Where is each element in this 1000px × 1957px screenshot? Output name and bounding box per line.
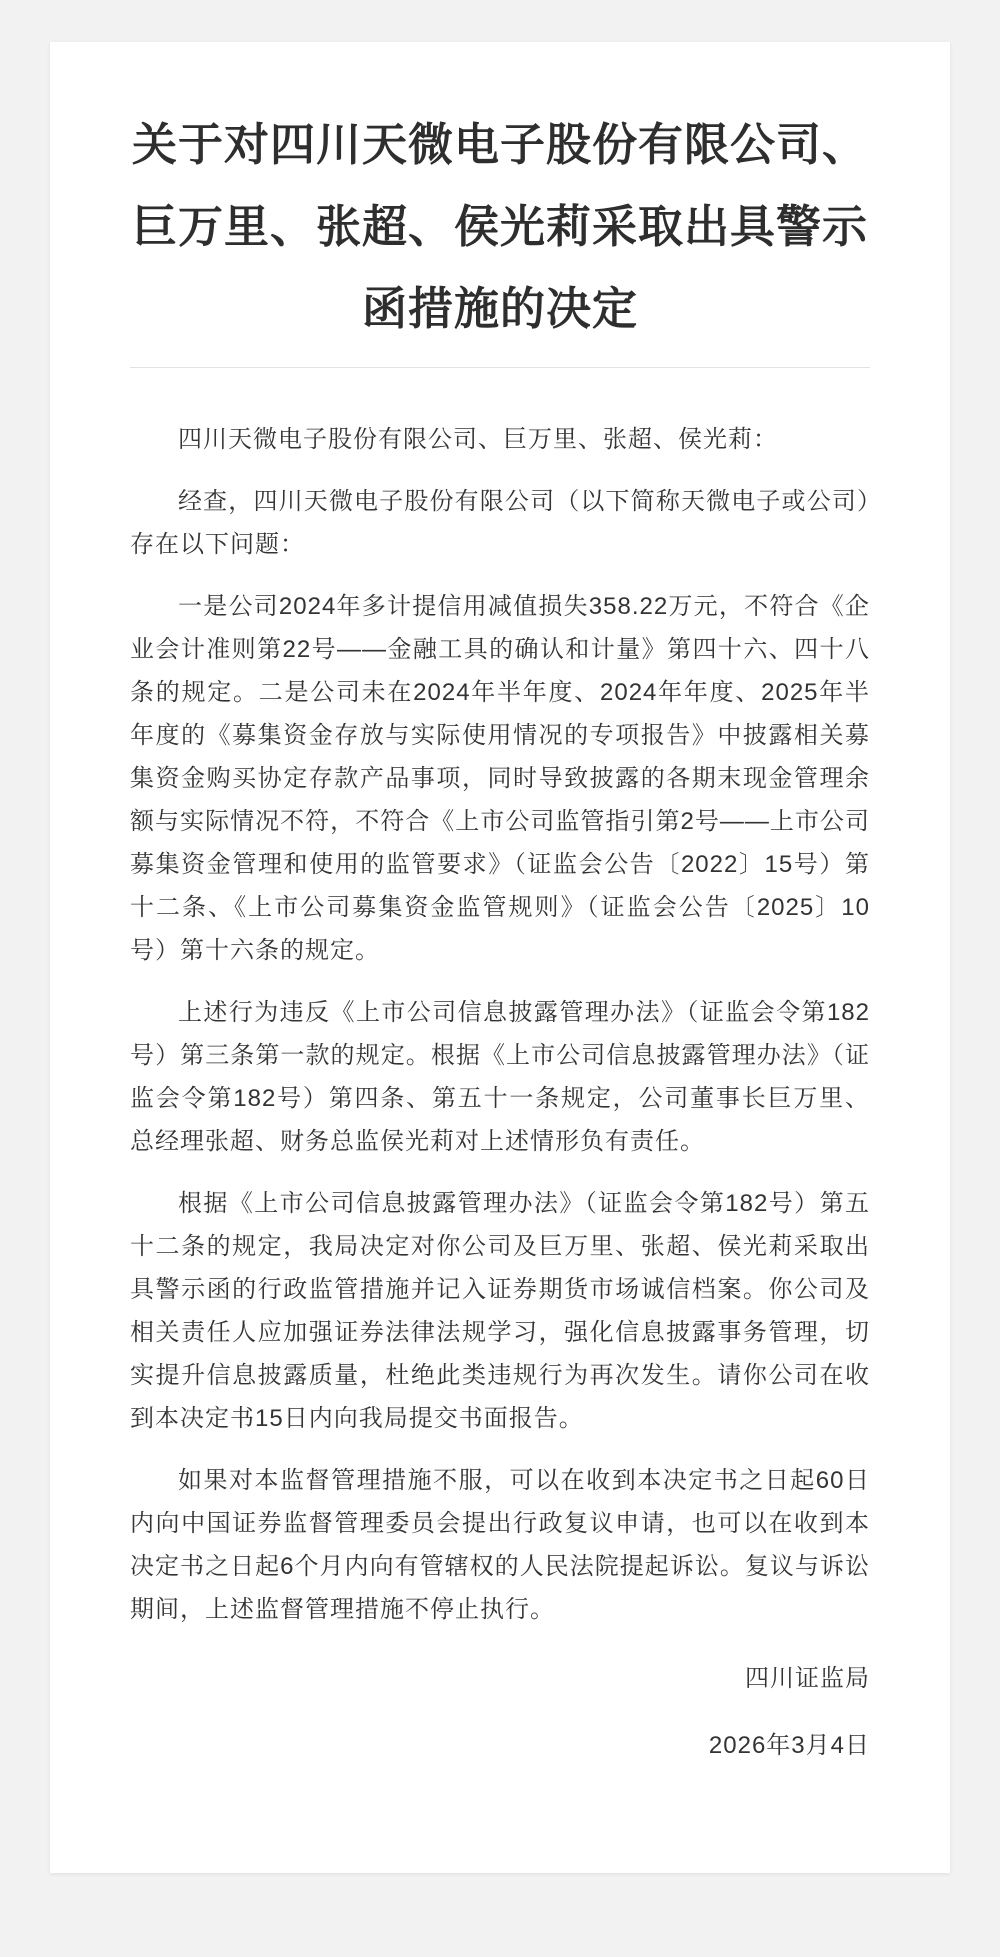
body-paragraph: 根据《上市公司信息披露管理办法》（证监会令第182号）第五十二条的规定，我局决定… [130,1182,870,1440]
title-divider [130,367,870,368]
body-paragraph: 上述行为违反《上市公司信息披露管理办法》（证监会令第182号）第三条第一款的规定… [130,991,870,1163]
body-paragraph: 四川天微电子股份有限公司、巨万里、张超、侯光莉： [130,418,870,461]
body-paragraph: 如果对本监督管理措施不服，可以在收到本决定书之日起60日内向中国证券监督管理委员… [130,1459,870,1631]
issuer-signature: 四川证监局 [130,1657,870,1700]
article-card: 关于对四川天微电子股份有限公司、巨万里、张超、侯光莉采取出具警示函措施的决定 四… [50,42,950,1873]
document-body: 四川天微电子股份有限公司、巨万里、张超、侯光莉：经查，四川天微电子股份有限公司（… [130,418,870,1631]
signature-block: 四川证监局 2026年3月4日 [130,1657,870,1767]
page-title: 关于对四川天微电子股份有限公司、巨万里、张超、侯光莉采取出具警示函措施的决定 [130,104,870,350]
issue-date: 2026年3月4日 [130,1724,870,1767]
body-paragraph: 一是公司2024年多计提信用减值损失358.22万元，不符合《企业会计准则第22… [130,585,870,972]
body-paragraph: 经查，四川天微电子股份有限公司（以下简称天微电子或公司）存在以下问题： [130,480,870,566]
page-background: { "colors": { "page_background": "#f2f2f… [0,42,1000,1957]
